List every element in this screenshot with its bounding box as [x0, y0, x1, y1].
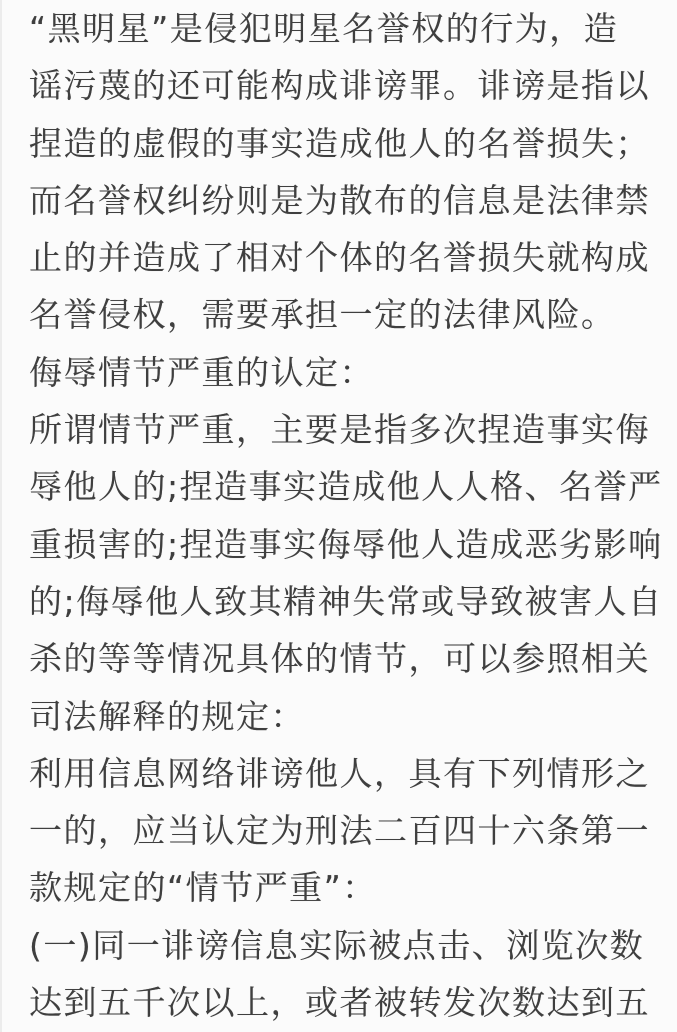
text-line: 达到五千次以上，或者被转发次数达到五 — [29, 974, 657, 1031]
text-line: 谣污蔑的还可能构成诽谤罪。诽谤是指以 — [29, 57, 657, 114]
text-line: 司法解释的规定： — [29, 688, 657, 745]
text-line: 名誉侵权，需要承担一定的法律风险。 — [29, 286, 657, 343]
text-line: 杀的等等情况具体的情节，可以参照相关 — [29, 630, 657, 687]
text-line: 一的，应当认定为刑法二百四十六条第一 — [29, 802, 657, 859]
text-line: 利用信息网络诽谤他人，具有下列情形之 — [29, 745, 657, 802]
text-line: 所谓情节严重，主要是指多次捏造事实侮 — [29, 401, 657, 458]
text-line: 辱他人的;捏造事实造成他人人格、名誉严 — [29, 458, 657, 515]
text-line: 的;侮辱他人致其精神失常或导致被害人自 — [29, 573, 657, 630]
text-line: 侮辱情节严重的认定： — [29, 344, 657, 401]
text-line: 而名誉权纠纷则是为散布的信息是法律禁 — [29, 172, 657, 229]
text-line: 重损害的;捏造事实侮辱他人造成恶劣影响 — [29, 516, 657, 573]
text-line: 款规定的“情节严重”： — [29, 859, 657, 916]
text-line: 止的并造成了相对个体的名誉损失就构成 — [29, 229, 657, 286]
text-line: “黑明星”是侵犯明星名誉权的行为，造 — [29, 0, 657, 57]
text-line: 捏造的虚假的事实造成他人的名誉损失； — [29, 115, 657, 172]
text-line: (一)同一诽谤信息实际被点击、浏览次数 — [29, 917, 657, 974]
document-page: “黑明星”是侵犯明星名誉权的行为，造 谣污蔑的还可能构成诽谤罪。诽谤是指以 捏造… — [0, 0, 677, 1032]
